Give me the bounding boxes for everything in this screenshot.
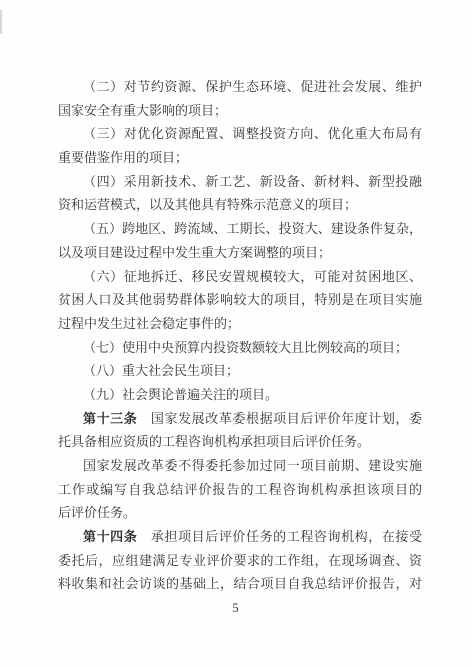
- text-segment: 后评价任务。: [58, 505, 136, 520]
- text-segment: （七）使用中央预算内投资数额较大且比例较高的项目；: [83, 340, 408, 355]
- text-segment: （四）采用新技术、新工艺、新设备、新材料、新型投融: [83, 174, 422, 189]
- text-segment: （二）对节约资源、保护生态环境、促进社会发展、维护: [83, 79, 422, 94]
- text-line: 后评价任务。: [58, 501, 422, 525]
- text-segment: 国家安全有重大影响的项目；: [58, 103, 227, 118]
- text-segment: （六）征地拆迁、移民安置规模较大，可能对贫困地区、: [83, 269, 422, 284]
- text-segment: 料收集和社会访谈的基础上，结合项目自我总结评价报告，对: [58, 576, 422, 591]
- text-line: 重要借鉴作用的项目；: [58, 146, 422, 170]
- text-line: 国家安全有重大影响的项目；: [58, 99, 422, 123]
- text-line: （五）跨地区、跨流域、工期长、投资大、建设条件复杂，: [58, 217, 422, 241]
- text-segment: （八）重大社会民生项目；: [83, 363, 239, 378]
- text-segment: （五）跨地区、跨流域、工期长、投资大、建设条件复杂，: [83, 221, 422, 236]
- text-line: 委托后，应组建满足专业评价要求的工作组，在现场调查、资: [58, 549, 422, 573]
- text-segment: 工作或编写自我总结评价报告的工程咨询机构承担该项目的: [58, 482, 422, 497]
- text-line: （九）社会舆论普遍关注的项目。: [58, 383, 422, 407]
- text-line: （二）对节约资源、保护生态环境、促进社会发展、维护: [58, 75, 422, 99]
- text-segment: 国家发展改革委根据项目后评价年度计划，委: [137, 411, 422, 426]
- text-line: （四）采用新技术、新工艺、新设备、新材料、新型投融: [58, 170, 422, 194]
- text-line: 工作或编写自我总结评价报告的工程咨询机构承担该项目的: [58, 478, 422, 502]
- text-line: 国家发展改革委不得委托参加过同一项目前期、建设实施: [58, 454, 422, 478]
- article-heading: 第十三条: [83, 411, 137, 426]
- text-segment: 资和运营模式，以及其他具有特殊示范意义的项目；: [58, 197, 357, 212]
- text-segment: 贫困人口及其他弱势群体影响较大的项目，特别是在项目实施: [58, 292, 422, 307]
- text-line: 第十三条 国家发展改革委根据项目后评价年度计划，委: [58, 407, 422, 431]
- text-line: 过程中发生过社会稳定事件的；: [58, 312, 422, 336]
- text-segment: 过程中发生过社会稳定事件的；: [58, 316, 240, 331]
- document-body: （二）对节约资源、保护生态环境、促进社会发展、维护国家安全有重大影响的项目；（三…: [58, 75, 422, 596]
- scan-edge-artifact: [0, 10, 2, 34]
- text-line: 托具备相应资质的工程咨询机构承担项目后评价任务。: [58, 430, 422, 454]
- text-segment: 重要借鉴作用的项目；: [58, 150, 188, 165]
- text-segment: 国家发展改革委不得委托参加过同一项目前期、建设实施: [83, 458, 422, 473]
- text-line: （三）对优化资源配置、调整投资方向、优化重大布局有: [58, 122, 422, 146]
- text-line: 第十四条 承担项目后评价任务的工程咨询机构，在接受: [58, 525, 422, 549]
- text-line: 以及项目建设过程中发生重大方案调整的项目；: [58, 241, 422, 265]
- text-segment: （三）对优化资源配置、调整投资方向、优化重大布局有: [83, 126, 422, 141]
- text-segment: 承担项目后评价任务的工程咨询机构，在接受: [137, 529, 422, 544]
- text-segment: 以及项目建设过程中发生重大方案调整的项目；: [58, 245, 331, 260]
- text-segment: （九）社会舆论普遍关注的项目。: [83, 387, 278, 402]
- text-line: （七）使用中央预算内投资数额较大且比例较高的项目；: [58, 336, 422, 360]
- text-segment: 委托后，应组建满足专业评价要求的工作组，在现场调查、资: [58, 553, 422, 568]
- article-heading: 第十四条: [83, 529, 137, 544]
- text-line: （六）征地拆迁、移民安置规模较大，可能对贫困地区、: [58, 265, 422, 289]
- page-number: 5: [0, 601, 471, 615]
- text-line: 贫困人口及其他弱势群体影响较大的项目，特别是在项目实施: [58, 288, 422, 312]
- text-segment: 托具备相应资质的工程咨询机构承担项目后评价任务。: [58, 434, 370, 449]
- text-line: 料收集和社会访谈的基础上，结合项目自我总结评价报告，对: [58, 572, 422, 596]
- document-page: （二）对节约资源、保护生态环境、促进社会发展、维护国家安全有重大影响的项目；（三…: [0, 0, 471, 668]
- text-line: （八）重大社会民生项目；: [58, 359, 422, 383]
- text-line: 资和运营模式，以及其他具有特殊示范意义的项目；: [58, 193, 422, 217]
